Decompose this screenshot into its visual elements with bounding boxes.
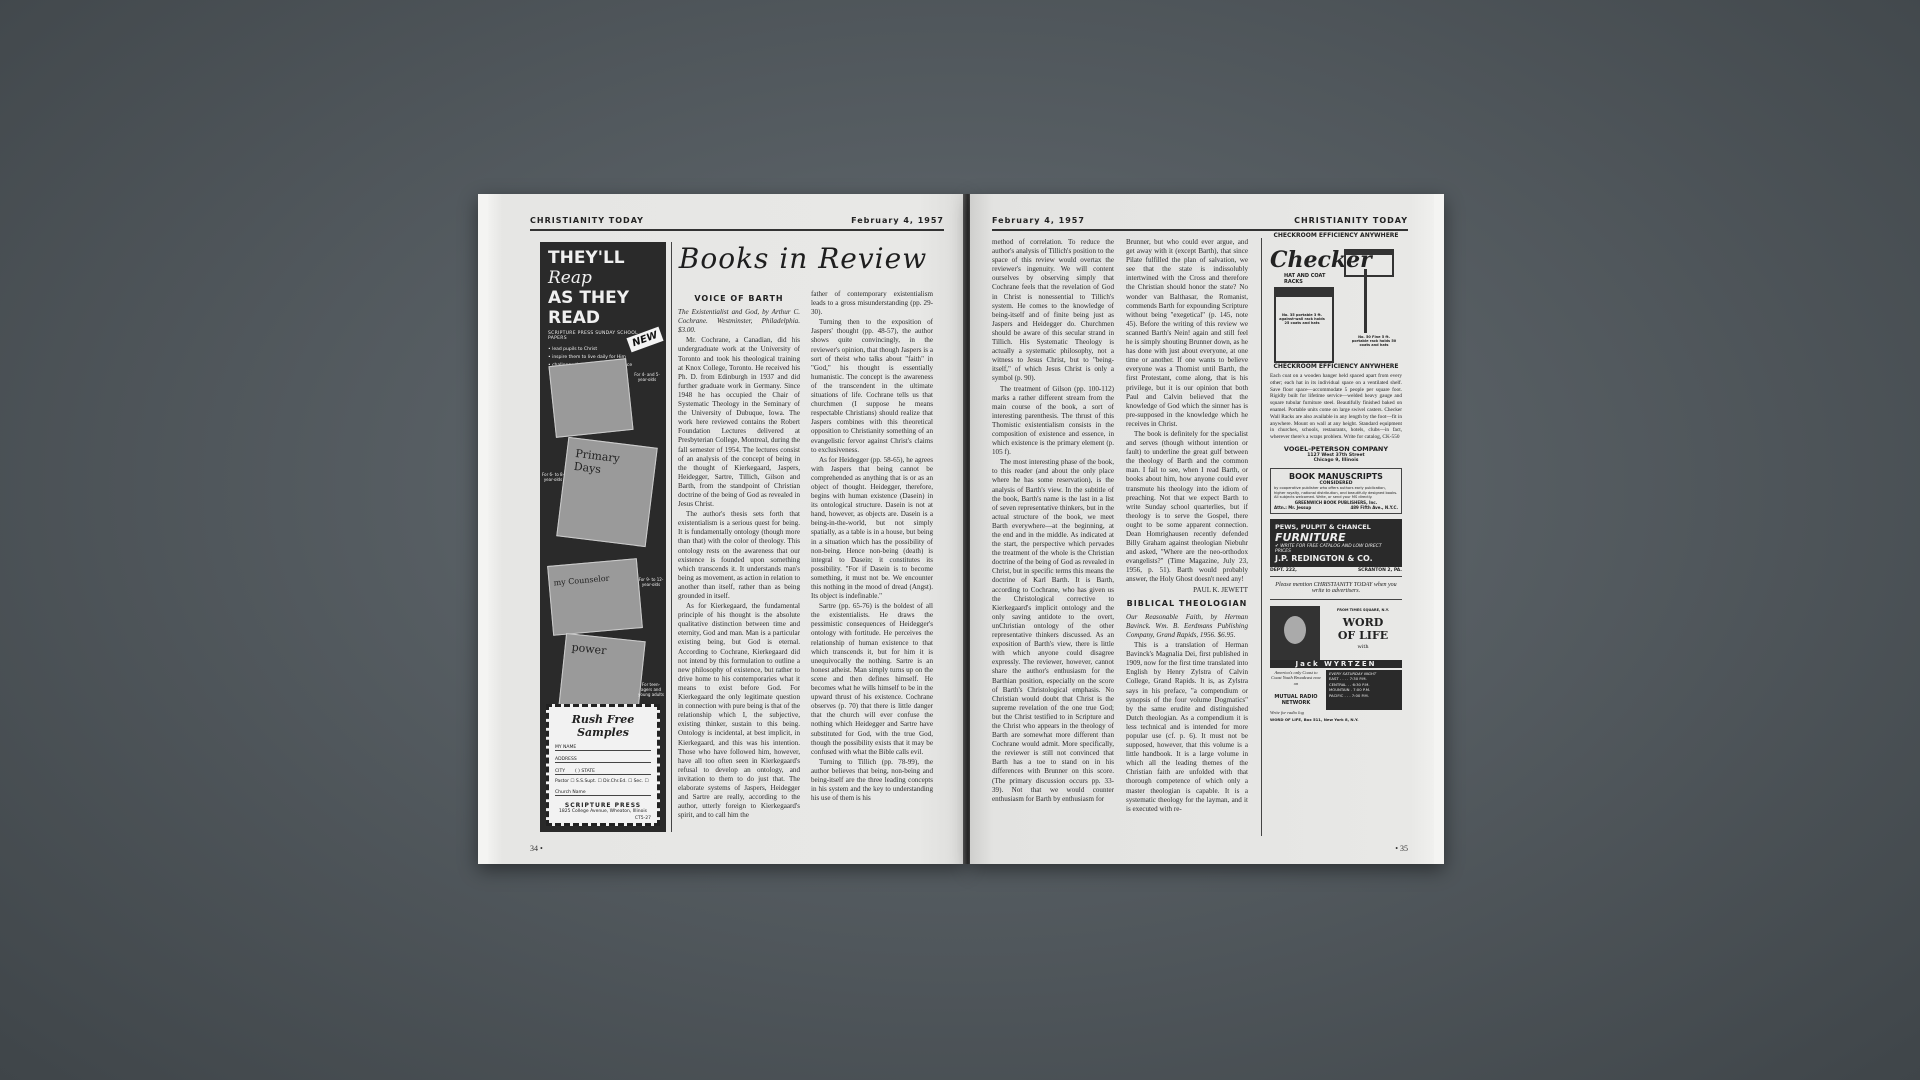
page-number: • 35	[1395, 844, 1408, 853]
section-title: Books in Review	[673, 242, 933, 275]
magazine-cover-primary-days: Primary Days	[556, 437, 658, 547]
review-column-1: VOICE OF BARTH The Existentialist and Go…	[678, 290, 800, 821]
review-column-3: method of correlation. To reduce the aut…	[992, 238, 1114, 805]
coupon-title: Rush Free Samples	[555, 713, 651, 739]
review-citation: Our Reasonable Faith, by Herman Bavinck.…	[1126, 613, 1248, 640]
reviewer-signature: PAUL K. JEWETT	[1126, 586, 1248, 595]
column-divider	[1261, 238, 1262, 836]
magazine-cover-counselor: my Counselor	[547, 558, 643, 636]
scripture-press-ad: THEY'LL Reap AS THEY READ SCRIPTURE PRES…	[540, 242, 666, 832]
magazine-spread: CHRISTIANITY TODAY February 4, 1957 THEY…	[478, 194, 1444, 869]
header-rule	[530, 229, 944, 231]
right-ads-column: CHECKROOM EFFICIENCY ANYWHERE Checker HA…	[1270, 232, 1402, 726]
review-column-2: father of contemporary existentialism le…	[811, 290, 933, 804]
redington-furniture-ad: PEWS, PULPIT & CHANCEL FURNITURE ✔ WRITE…	[1270, 519, 1402, 567]
page-date: February 4, 1957	[851, 216, 944, 225]
ad-headline: THEY'LL Reap AS THEY READ	[540, 242, 666, 328]
host-photo	[1270, 606, 1320, 660]
review-heading: VOICE OF BARTH	[678, 294, 800, 303]
header-rule	[992, 229, 1408, 231]
checker-ad: CHECKROOM EFFICIENCY ANYWHERE Checker HA…	[1270, 232, 1402, 463]
book-manuscripts-ad: BOOK MANUSCRIPTS CONSIDERED by cooperati…	[1270, 468, 1402, 514]
right-page: February 4, 1957 CHRISTIANITY TODAY meth…	[970, 194, 1444, 864]
running-head: CHRISTIANITY TODAY	[530, 216, 644, 225]
left-page: CHRISTIANITY TODAY February 4, 1957 THEY…	[478, 194, 966, 864]
review-heading: BIBLICAL THEOLOGIAN	[1126, 599, 1248, 608]
magazine-cover-1	[548, 358, 633, 438]
running-head: CHRISTIANITY TODAY	[1294, 216, 1408, 225]
page-date: February 4, 1957	[992, 216, 1085, 225]
coat-rack-illustration: Checker HAT AND COAT RACKS No. 35 portab…	[1270, 243, 1402, 359]
broadcast-schedule: EVERY SATURDAY NIGHT EAST . . . . 7:30 P…	[1326, 670, 1402, 710]
advertiser-mention-note: Please mention CHRISTIANITY TODAY when y…	[1270, 577, 1402, 600]
column-divider	[671, 242, 672, 832]
word-of-life-ad: FROM TIMES SQUARE, N.Y. WORDOF LIFE with…	[1270, 606, 1402, 726]
review-citation: The Existentialist and God, by Arthur C.…	[678, 308, 800, 335]
page-number: 34 •	[530, 844, 543, 853]
review-column-4: Brunner, but who could ever argue, and g…	[1126, 238, 1248, 815]
coupon-form: Rush Free Samples MY NAME ADDRESS CITY (…	[546, 704, 660, 826]
